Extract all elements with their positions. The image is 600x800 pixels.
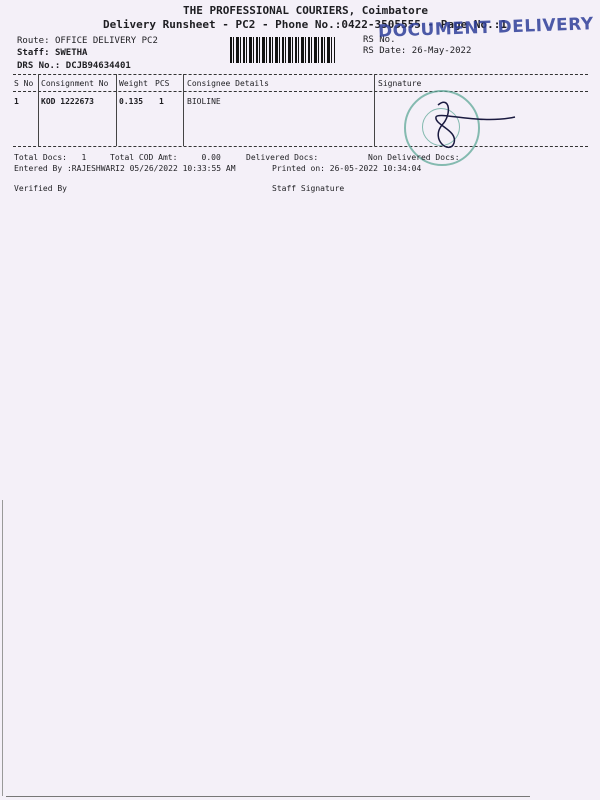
entered-by: Entered By :RAJESHWARI2 05/26/2022 10:33…: [14, 164, 236, 173]
drs-value: DCJB94634401: [66, 61, 131, 71]
staff-signature: Staff Signature: [272, 184, 344, 193]
cell-consignee: BIOLINE: [187, 97, 221, 106]
staff-label: Staff:: [17, 48, 50, 58]
cell-pcs: 1: [159, 97, 164, 106]
table-header-rule: [13, 91, 588, 92]
total-cod-label: Total COD Amt:: [110, 153, 177, 162]
company-title: THE PROFESSIONAL COURIERS, Coimbatore: [183, 4, 428, 17]
page-edge: [2, 500, 3, 796]
route-value: OFFICE DELIVERY PC2: [55, 36, 158, 46]
total-docs: Total Docs: 1: [14, 153, 86, 162]
staff-value: SWETHA: [55, 48, 88, 58]
verified-by: Verified By: [14, 184, 67, 193]
drs-line: DRS No.: DCJB94634401: [17, 61, 131, 71]
route-line: Route: OFFICE DELIVERY PC2: [17, 36, 158, 46]
col-header-consignee: Consignee Details: [187, 79, 269, 88]
delivered-docs-label: Delivered Docs:: [246, 153, 318, 162]
total-cod-value: 0.00: [202, 153, 221, 162]
rs-date-value: 26-May-2022: [412, 46, 472, 56]
col-header-sno: S No: [14, 79, 33, 88]
route-label: Route:: [17, 36, 50, 46]
cell-consignment-no: KOD 1222673: [41, 97, 94, 106]
page-edge: [6, 796, 530, 797]
col-header-consignment: Consignment No: [41, 79, 108, 88]
table-top-rule: [13, 74, 588, 75]
total-docs-label: Total Docs:: [14, 153, 67, 162]
drs-label: DRS No.:: [17, 61, 60, 71]
delivery-runsheet-page: THE PROFESSIONAL COURIERS, Coimbatore De…: [0, 0, 600, 800]
col-header-pcs: PCS: [155, 79, 169, 88]
non-delivered-docs-label: Non Delivered Docs:: [368, 153, 460, 162]
col-header-signature: Signature: [378, 79, 421, 88]
col-divider: [116, 74, 117, 146]
rs-date-line: RS Date: 26-May-2022: [363, 46, 471, 56]
cell-weight: 0.135: [119, 97, 143, 106]
col-divider: [38, 74, 39, 146]
rs-date-label: RS Date:: [363, 46, 406, 56]
barcode: [230, 37, 335, 63]
staff-line: Staff: SWETHA: [17, 48, 87, 58]
col-divider: [374, 74, 375, 146]
total-cod: Total COD Amt: 0.00: [110, 153, 221, 162]
col-header-weight: Weight: [119, 79, 148, 88]
cell-sno: 1: [14, 97, 19, 106]
total-docs-value: 1: [81, 153, 86, 162]
col-divider: [183, 74, 184, 146]
printed-on: Printed on: 26-05-2022 10:34:04: [272, 164, 421, 173]
